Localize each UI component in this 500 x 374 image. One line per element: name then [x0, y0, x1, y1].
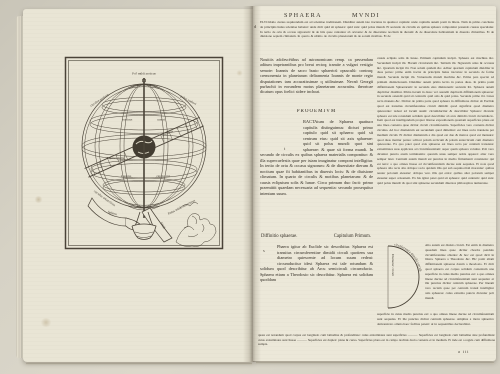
- label-tropicus-capricorni-right: capricorni: [156, 174, 169, 178]
- tract-rest-text: In secundo de circulis ex quibus sphaera…: [260, 147, 373, 196]
- chapter-heading-left: Diffinitio sphaerae.: [261, 234, 297, 239]
- label-polus-antarcticus: Polus mūdi antarcticus: [167, 198, 196, 216]
- commentary-column-upper: causis eclipsis solis & lunae. Primum ca…: [377, 56, 494, 242]
- quire-signature: a iii: [458, 349, 469, 354]
- initial-space-S: [260, 244, 277, 261]
- running-head-sphaera: SPHAERA: [284, 12, 322, 19]
- proem-heading: PROOEMIVM: [260, 109, 373, 116]
- sphere-definition-paragraph: Phaera igitur ab Euclide sic describitur…: [260, 244, 373, 308]
- book-spread-photo: Pol' mūdi arcticus circulus arcticus pol…: [0, 0, 500, 374]
- commentary-column-lower: superficie in cuius medio punctus est: a…: [377, 312, 494, 331]
- label-tropicus-cancri-right: cancri: [157, 118, 165, 122]
- label-tropicus-cancri-left: tropicus: [122, 118, 133, 122]
- chapter-heading: Diffinitio sphaerae. Capitulum Primum.: [261, 234, 371, 239]
- running-head-mundi: MVNDI: [352, 12, 380, 19]
- svg-text:circūferentia dimidii circuli: circūferentia dimidii circuli: [394, 242, 423, 271]
- label-polus-zodiaci: polus zodiaci: [180, 94, 197, 106]
- dedication-paragraph: Nouitiis adolescētibus ad astronomicam r…: [260, 57, 373, 104]
- chapter-heading-right: Capitulum Primum.: [334, 234, 371, 239]
- semicircle-diagram: circūferentia dimidii circuli Diameter c…: [374, 240, 424, 314]
- initial-space-T: [260, 119, 303, 152]
- arc-curved-label: circūferentia dimidii circuli: [394, 242, 423, 271]
- tract-indented-text: RACTAtum de Sphaera quattuor capitulis d…: [303, 119, 373, 152]
- armillary-sphere-woodcut: Pol' mūdi arcticus circulus arcticus pol…: [64, 56, 224, 252]
- sphere-def-rest-text: quotiens sua diametro quiescente ad locu…: [260, 250, 373, 283]
- chord-label: Diameter circuli: [391, 254, 395, 276]
- label-tropicus-capricorni-left: tropicus: [121, 174, 132, 178]
- tract-paragraph: RACTAtum de Sphaera quattuor capitulis d…: [260, 119, 373, 231]
- intro-paragraph: ELVCIdatio cursus requirendum est ad sci…: [260, 20, 494, 53]
- label-aequinoctialis: Æquinoctialis: [106, 156, 125, 160]
- footnote-paragraph: quare est notandum quod corpus est longi…: [258, 333, 495, 347]
- label-pole-north: Pol' mūdi arcticus: [132, 72, 156, 76]
- commentary-column-narrow: Alia autem est diuisio circuli. Est enim…: [425, 243, 494, 311]
- guide-letter-d: d: [254, 24, 256, 29]
